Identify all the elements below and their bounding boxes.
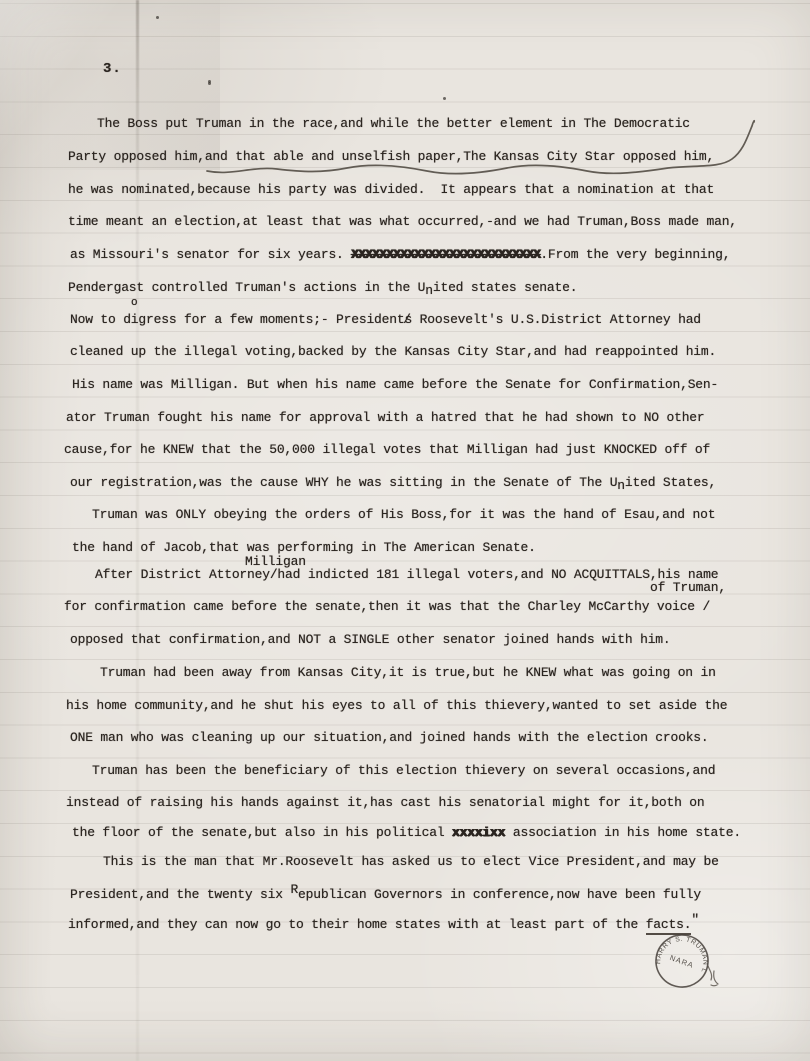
typo-correction-o: o bbox=[131, 296, 137, 310]
typewritten-line: opposed that confirmation,and NOT a SING… bbox=[70, 633, 671, 647]
typewritten-line: for confirmation came before the senate,… bbox=[64, 600, 710, 614]
typewritten-line: Party opposed him,and that able and unse… bbox=[68, 150, 714, 164]
typewritten-line: as Missouri's senator for six years. XXX… bbox=[70, 248, 730, 262]
typewritten-line: instead of raising his hands against it,… bbox=[66, 796, 705, 810]
typewritten-line: he was nominated,because his party was d… bbox=[68, 183, 714, 197]
typewritten-line: Now to digress for a few moments;- Presi… bbox=[70, 313, 701, 327]
typewritten-line: His name was Milligan. But when his name… bbox=[72, 378, 718, 392]
typewritten-line: After District Attorney/had indicted 181… bbox=[95, 568, 718, 582]
typewritten-line: The Boss put Truman in the race,and whil… bbox=[97, 117, 690, 131]
typewritten-line: This is the man that Mr.Roosevelt has as… bbox=[103, 855, 719, 869]
typewritten-line: Truman has been the beneficiary of this … bbox=[92, 764, 715, 778]
typewritten-line: cleaned up the illegal voting,backed by … bbox=[70, 345, 716, 359]
typewritten-line: the floor of the senate,but also in his … bbox=[72, 826, 741, 840]
typewritten-line: his home community,and he shut his eyes … bbox=[66, 699, 727, 713]
typewritten-text-layer: 3.The Boss put Truman in the race,and wh… bbox=[0, 0, 810, 1061]
typewritten-line: President,and the twenty six Republican … bbox=[70, 888, 701, 902]
typewritten-line: informed,and they can now go to their ho… bbox=[68, 918, 699, 932]
typewritten-line: Pendergast controlled Truman's actions i… bbox=[68, 281, 577, 295]
typewritten-line: our registration,was the cause WHY he wa… bbox=[70, 476, 716, 490]
typewritten-line: Truman had been away from Kansas City,it… bbox=[100, 666, 716, 680]
typewritten-line: ator Truman fought his name for approval… bbox=[66, 411, 705, 425]
document-page: 3.The Boss put Truman in the race,and wh… bbox=[0, 0, 810, 1061]
typewritten-line: cause,for he KNEW that the 50,000 illega… bbox=[64, 443, 710, 457]
typewritten-line: the hand of Jacob,that was performing in… bbox=[72, 541, 536, 555]
interline-insert-of-truman: of Truman, bbox=[650, 581, 726, 595]
typewritten-line: ONE man who was cleaning up our situatio… bbox=[70, 731, 709, 745]
typewritten-line: Truman was ONLY obeying the orders of Hi… bbox=[92, 508, 715, 522]
typewritten-line: time meant an election,at least that was… bbox=[68, 215, 737, 229]
page-number: 3. bbox=[103, 62, 122, 76]
